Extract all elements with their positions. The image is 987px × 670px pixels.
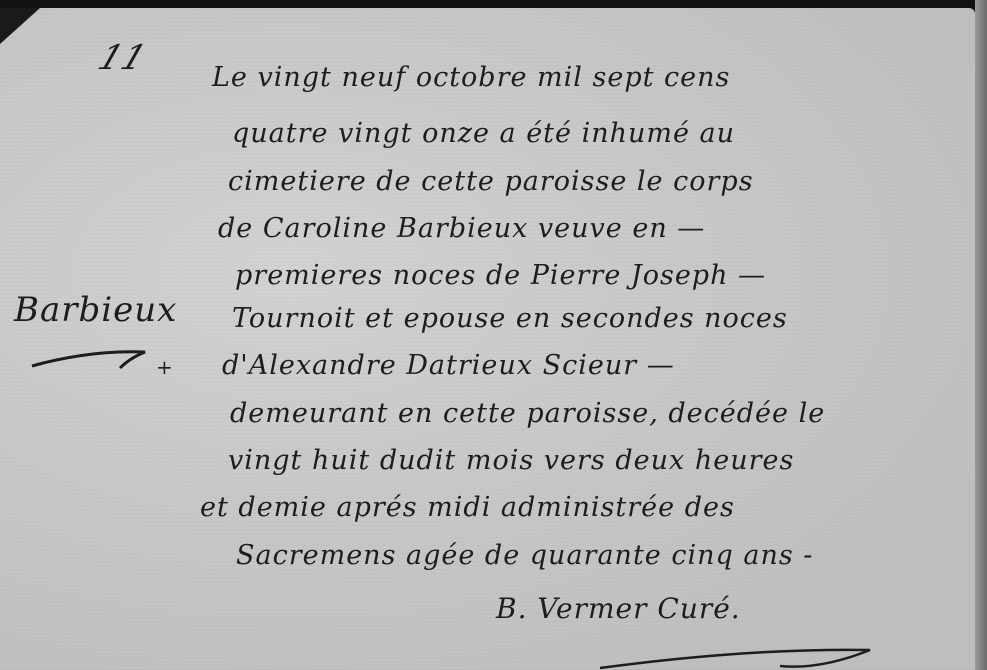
text-line-7: d'Alexandre Datrieux Scieur — <box>222 350 675 381</box>
text-line-11: Sacremens agée de quarante cinq ans - <box>236 540 813 571</box>
text-line-10: et demie aprés midi administrée des <box>200 492 735 523</box>
folded-corner <box>0 8 40 44</box>
text-line-2: quatre vingt onze a été inhumé au <box>232 118 735 149</box>
signature-flourish-icon <box>600 640 880 670</box>
page-edge <box>975 0 987 670</box>
text-line-6: Tournoit et epouse en secondes noces <box>232 303 788 334</box>
margin-cross-mark: + <box>156 355 174 379</box>
text-line-3: cimetiere de cette paroisse le corps <box>228 166 754 197</box>
priest-signature: B. Vermer Curé. <box>496 592 741 625</box>
text-line-8: demeurant en cette paroisse, decédée le <box>230 398 825 429</box>
margin-flourish-icon <box>30 348 150 370</box>
text-line-1: Le vingt neuf octobre mil sept cens <box>212 62 730 93</box>
text-line-4: de Caroline Barbieux veuve en — <box>218 213 705 244</box>
text-line-9: vingt huit dudit mois vers deux heures <box>228 445 794 476</box>
text-line-5: premieres noces de Pierre Joseph — <box>235 260 766 291</box>
margin-name: Barbieux <box>14 290 177 330</box>
